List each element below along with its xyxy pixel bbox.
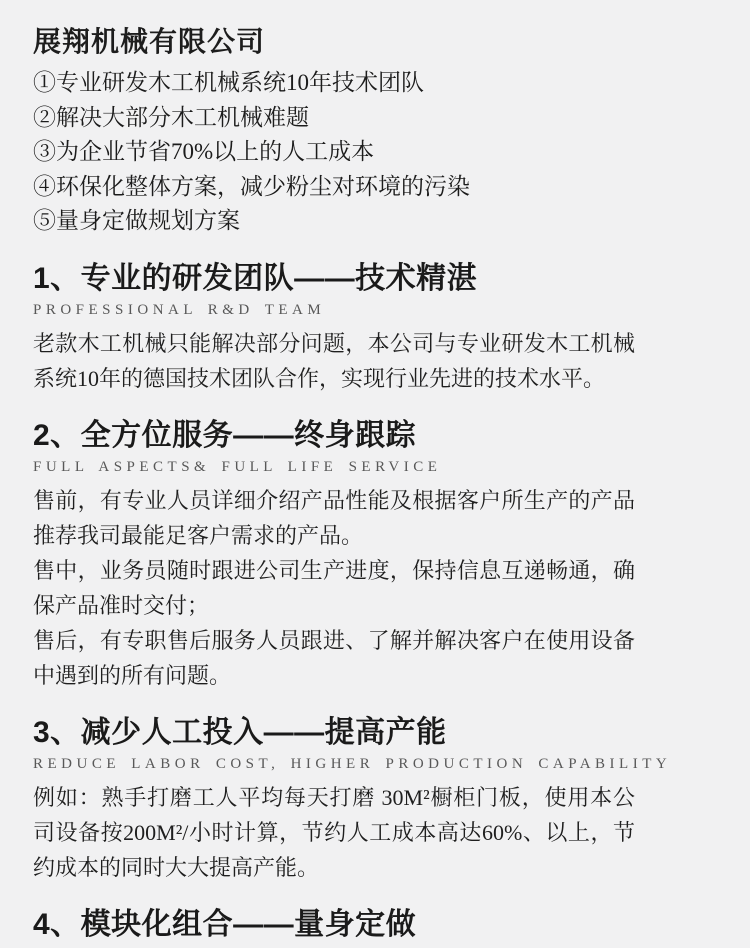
- company-title: 展翔机械有限公司: [33, 23, 720, 61]
- intro-point-3: ③为企业节省70%以上的人工成本: [33, 135, 720, 170]
- section-reduce-labor: 3、减少人工投入——提高产能 REDUCE LABOR COST, HIGHER…: [33, 714, 720, 885]
- intro-point-2: ②解决大部分木工机械难题: [33, 101, 720, 136]
- section-paragraph: 售前，有专业人员详细介绍产品性能及根据客户所生产的产品推荐我司最能足客户需求的产…: [33, 483, 635, 553]
- section-body: 老款木工机械只能解决部分问题，本公司与专业研发木工机械系统10年的德国技术团队合…: [33, 326, 635, 396]
- company-intro-list: ①专业研发木工机械系统10年技术团队 ②解决大部分木工机械难题 ③为企业节省70…: [33, 66, 720, 239]
- section-modular-combo: 4、模块化组合——量身定做: [33, 906, 720, 944]
- section-paragraph: 售中，业务员随时跟进公司生产进度，保持信息互递畅通，确保产品准时交付；: [33, 553, 635, 623]
- section-subtitle: PROFESSIONAL R&D TEAM: [33, 300, 720, 320]
- section-subtitle: FULL ASPECTS& FULL LIFE SERVICE: [33, 457, 720, 477]
- intro-point-1: ①专业研发木工机械系统10年技术团队: [33, 66, 720, 101]
- intro-point-5: ⑤量身定做规划方案: [33, 204, 720, 239]
- section-title: 1、专业的研发团队——技术精湛: [33, 260, 720, 298]
- section-body: 例如：熟手打磨工人平均每天打磨 30M²橱柜门板，使用本公司设备按200M²/小…: [33, 780, 635, 885]
- section-rd-team: 1、专业的研发团队——技术精湛 PROFESSIONAL R&D TEAM 老款…: [33, 260, 720, 396]
- section-paragraph: 售后，有专职售后服务人员跟进、了解并解决客户在使用设备中遇到的所有问题。: [33, 623, 635, 693]
- section-title: 3、减少人工投入——提高产能: [33, 714, 720, 752]
- intro-point-4: ④环保化整体方案，减少粉尘对环境的污染: [33, 170, 720, 205]
- section-title: 4、模块化组合——量身定做: [33, 906, 720, 944]
- section-paragraph: 老款木工机械只能解决部分问题，本公司与专业研发木工机械系统10年的德国技术团队合…: [33, 326, 635, 396]
- section-body: 售前，有专业人员详细介绍产品性能及根据客户所生产的产品推荐我司最能足客户需求的产…: [33, 483, 635, 693]
- section-paragraph: 例如：熟手打磨工人平均每天打磨 30M²橱柜门板，使用本公司设备按200M²/小…: [33, 780, 635, 885]
- section-title: 2、全方位服务——终身跟踪: [33, 417, 720, 455]
- product-description-page: 展翔机械有限公司 ①专业研发木工机械系统10年技术团队 ②解决大部分木工机械难题…: [0, 0, 750, 944]
- section-full-service: 2、全方位服务——终身跟踪 FULL ASPECTS& FULL LIFE SE…: [33, 417, 720, 693]
- section-subtitle: REDUCE LABOR COST, HIGHER PRODUCTION CAP…: [33, 754, 720, 774]
